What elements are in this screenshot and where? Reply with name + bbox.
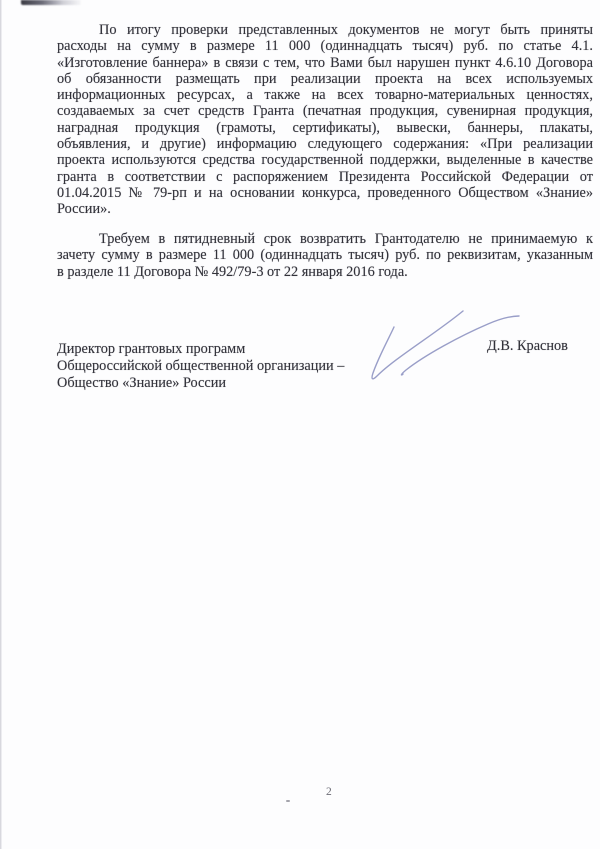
text-line: Директор грантовых программ	[57, 341, 387, 358]
page-number: 2	[326, 786, 332, 798]
signer-name: Д.В. Краснов	[487, 338, 568, 355]
text-line: Требуем в пятидневный срок возвратить Гр…	[57, 231, 593, 247]
signature-stroke-v	[372, 311, 463, 379]
text-line: наградная продукция (грамоты, сертификат…	[57, 120, 593, 136]
document-page: По итогу проверки представленных докумен…	[0, 0, 600, 849]
text-line: гранта в соответствии с распоряжением Пр…	[57, 169, 593, 185]
scan-artifact-top	[21, 0, 81, 5]
scan-speck	[286, 800, 290, 802]
text-line: 01.04.2015 № 79-рп и на основании конкур…	[57, 185, 593, 201]
signature-title-block: Директор грантовых программОбщероссийско…	[57, 341, 387, 392]
text-line: Общество «Знание» России	[57, 375, 387, 392]
text-line: создаваемых за счет средств Гранта (печа…	[57, 103, 593, 119]
paragraph-refund-demand: Требуем в пятидневный срок возвратить Гр…	[57, 231, 593, 280]
text-line: проекта используются средства государств…	[57, 152, 593, 168]
paragraph-rejected-expenses: По итогу проверки представленных докумен…	[57, 22, 593, 218]
text-line: об обязанности размещать при реализации …	[57, 71, 593, 87]
text-line: в разделе 11 Договора № 492/79-3 от 22 я…	[57, 264, 593, 280]
scan-edge-left	[0, 0, 2, 849]
text-line: объявления, и другие) информацию следующ…	[57, 136, 593, 152]
text-line: «Изготовление баннера» в связи с тем, чт…	[57, 55, 593, 71]
text-line: зачету сумму в размере 11 000 (одиннадца…	[57, 247, 593, 263]
text-line: информационных ресурсах, а также на всех…	[57, 87, 593, 103]
text-line: России».	[57, 201, 593, 217]
text-line: По итогу проверки представленных докумен…	[57, 22, 593, 38]
text-line: расходы на сумму в размере 11 000 (одинн…	[57, 38, 593, 54]
text-line: Общероссийской общественной организации …	[57, 358, 387, 375]
